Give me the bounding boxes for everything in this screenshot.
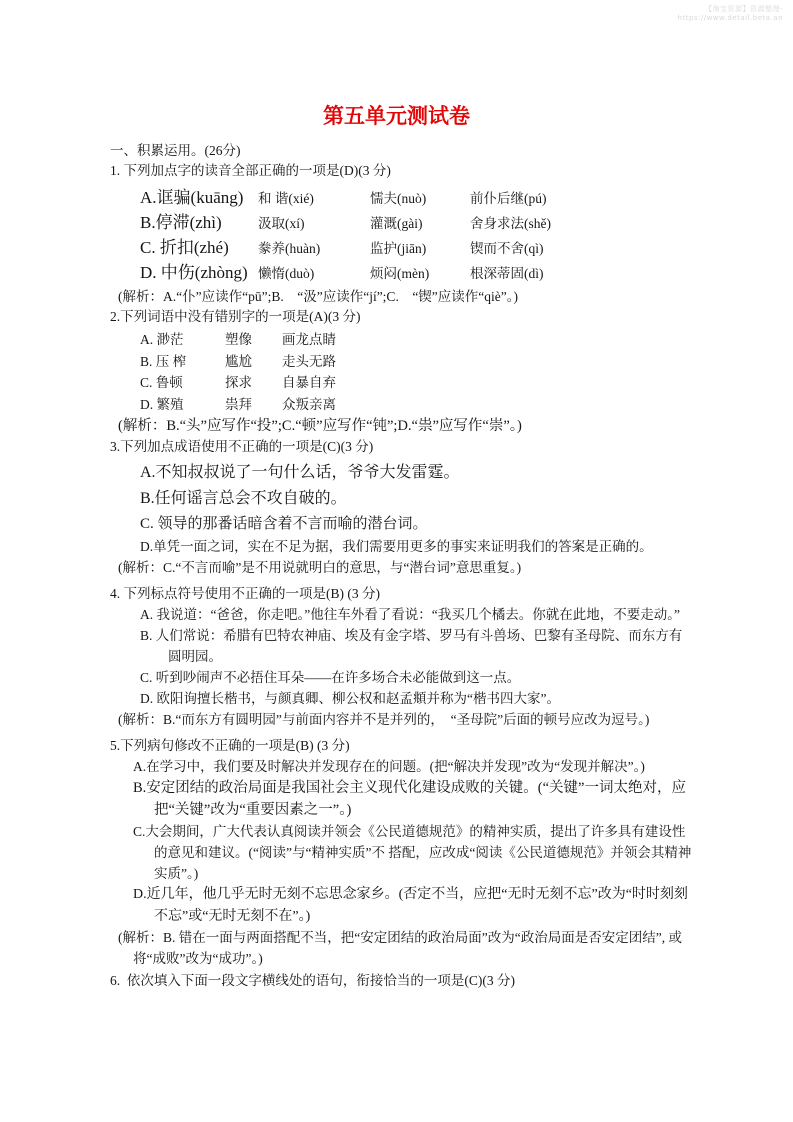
- q5-option-a: A.在学习中，我们要及时解决并发现存在的问题。(把“解决并发现”改为“发现并解决…: [110, 756, 693, 777]
- test-paper-content: 一、积累运用。(26分) 1. 下列加点字的读音全部正确的一项是(D)(3 分)…: [110, 141, 693, 991]
- q5-option-b: B.安定团结的政治局面是我国社会主义现代化建设成败的关键。(“关键”一词太绝对，…: [110, 777, 693, 821]
- q1-d-word2: 懒惰(duò): [258, 262, 370, 286]
- page-title: 第五单元测试卷: [0, 0, 793, 129]
- q1-d-word4: 根深蒂固(dì): [470, 262, 693, 286]
- q3-option-d: D.单凭一面之词，实在不足为据，我们需要用更多的事实来证明我们的答案是正确的。: [110, 536, 693, 557]
- q5-options: A.在学习中，我们要及时解决并发现存在的问题。(把“解决并发现”改为“发现并解决…: [110, 756, 693, 927]
- q2-b-word2: 尴尬: [225, 351, 282, 373]
- q3-option-a: A.不知叔叔说了一句什么话，爷爷大发雷霆。: [110, 460, 693, 486]
- q5-option-c: C.大会期间，广大代表认真阅读并领会《公民道德规范》的精神实质，提出了许多具有建…: [110, 821, 693, 884]
- q1-option-a: A.诓骗(kuāng) 和 谐(xié) 懦夫(nuò) 前仆后继(pú): [140, 186, 693, 211]
- q1-c-word2: 豢养(huàn): [258, 237, 370, 261]
- q5-analysis: (解析：B. 错在一面与两面搭配不当，把“安定团结的政治局面”改为“政治局面是否…: [110, 927, 693, 969]
- watermark-line1: 【淘宝资源】资源整理-: [678, 5, 783, 14]
- q4-option-c: C. 听到吵闹声不必捂住耳朵——在许多场合未必能做到这一点。: [110, 667, 693, 688]
- watermark: 【淘宝资源】资源整理- https://www.detail.beta.an: [678, 5, 783, 23]
- q2-c-word1: C. 鲁顿: [140, 372, 225, 394]
- q3-analysis: (解析：C.“不言而喻”是不用说就明白的意思，与“潜台词”意思重复。): [110, 557, 693, 578]
- q1-d-word1: D. 中伤(zhòng): [140, 261, 258, 285]
- q2-c-word3: 自暴自弃: [282, 372, 336, 394]
- q2-b-word3: 走头无路: [282, 351, 336, 373]
- q2-c-word2: 探求: [225, 372, 282, 394]
- q5-option-d: D.近几年，他几乎无时无刻不忘思念家乡。(否定不当，应把“无时无刻不忘”改为“时…: [110, 884, 693, 927]
- q1-options: A.诓骗(kuāng) 和 谐(xié) 懦夫(nuò) 前仆后继(pú) B.…: [110, 186, 693, 286]
- q3-options: A.不知叔叔说了一句什么话，爷爷大发雷霆。 B.任何谣言总会不攻自破的。 C. …: [110, 460, 693, 557]
- q4-stem: 4. 下列标点符号使用不正确的一项是(B) (3 分): [110, 584, 693, 604]
- q1-b-word2: 汲取(xí): [258, 212, 370, 236]
- q1-option-c: C. 折扣(zhé) 豢养(huàn) 监护(jiān) 锲而不舍(qì): [140, 236, 693, 261]
- q2-option-c: C. 鲁顿 探求 自暴自弃: [140, 372, 693, 394]
- q2-option-a: A. 渺茫 塑像 画龙点睛: [140, 329, 693, 351]
- q4-option-a: A. 我说道：“爸爸，你走吧。”他往车外看了看说：“我买几个橘去。你就在此地，不…: [110, 604, 693, 625]
- q5-stem: 5.下列病句修改不正确的一项是(B) (3 分): [110, 736, 693, 756]
- q1-d-word3: 烦闷(mèn): [370, 262, 470, 286]
- watermark-line2: https://www.detail.beta.an: [678, 14, 783, 23]
- q1-a-word2: 和 谐(xié): [258, 187, 370, 211]
- q1-b-word4: 舍身求法(shě): [470, 212, 693, 236]
- q2-d-word2: 祟拜: [225, 394, 282, 416]
- section-heading: 一、积累运用。(26分): [110, 141, 693, 161]
- q1-c-word1: C. 折扣(zhé): [140, 236, 258, 260]
- q1-c-word4: 锲而不舍(qì): [470, 237, 693, 261]
- q1-a-word3: 懦夫(nuò): [370, 187, 470, 211]
- q1-analysis: (解析：A.“仆”应读作“pū”;B. “汲”应读作“jí”;C. “锲”应读作…: [110, 286, 693, 307]
- q2-d-word3: 众叛亲离: [282, 394, 336, 416]
- q6-stem: 6. 依次填入下面一段文字横线处的语句，衔接恰当的一项是(C)(3 分): [110, 971, 693, 991]
- q3-option-c: C. 领导的那番话暗含着不言而喻的潜台词。: [110, 512, 693, 536]
- q2-a-word2: 塑像: [225, 329, 282, 351]
- q1-a-word1: A.诓骗(kuāng): [140, 186, 258, 210]
- q2-d-word1: D. 繁殖: [140, 394, 225, 416]
- q1-option-b: B.停滞(zhì) 汲取(xí) 灌溉(gài) 舍身求法(shě): [140, 211, 693, 236]
- q4-option-d: D. 欧阳询擅长楷书，与颜真卿、柳公权和赵孟頫并称为“楷书四大家”。: [110, 688, 693, 709]
- q3-stem: 3.下列加点成语使用不正确的一项是(C)(3 分): [110, 437, 693, 457]
- q2-stem: 2.下列词语中没有错别字的一项是(A)(3 分): [110, 307, 693, 327]
- q1-c-word3: 监护(jiān): [370, 237, 470, 261]
- q1-option-d: D. 中伤(zhòng) 懒惰(duò) 烦闷(mèn) 根深蒂固(dì): [140, 261, 693, 286]
- q4-options: A. 我说道：“爸爸，你走吧。”他往车外看了看说：“我买几个橘去。你就在此地，不…: [110, 604, 693, 709]
- q2-option-b: B. 压 榨 尴尬 走头无路: [140, 351, 693, 373]
- q4-analysis: (解析：B.“而东方有圆明园”与前面内容并不是并列的， “圣母院”后面的顿号应改…: [110, 709, 693, 730]
- q2-options: A. 渺茫 塑像 画龙点睛 B. 压 榨 尴尬 走头无路 C. 鲁顿 探求 自暴…: [110, 329, 693, 415]
- q2-a-word3: 画龙点睛: [282, 329, 336, 351]
- q2-analysis: (解析：B.“头”应写作“投”;C.“顿”应写作“钝”;D.“祟”应写作“崇”。…: [110, 415, 693, 437]
- q3-option-b: B.任何谣言总会不攻自破的。: [110, 486, 693, 512]
- q2-a-word1: A. 渺茫: [140, 329, 225, 351]
- q1-b-word1: B.停滞(zhì): [140, 211, 258, 235]
- q1-a-word4: 前仆后继(pú): [470, 187, 693, 211]
- q2-b-word1: B. 压 榨: [140, 351, 225, 373]
- q1-stem: 1. 下列加点字的读音全部正确的一项是(D)(3 分): [110, 161, 693, 181]
- q2-option-d: D. 繁殖 祟拜 众叛亲离: [140, 394, 693, 416]
- q4-option-b: B. 人们常说：希腊有巴特农神庙、埃及有金字塔、罗马有斗兽场、巴黎有圣母院、而东…: [110, 625, 693, 667]
- q1-b-word3: 灌溉(gài): [370, 212, 470, 236]
